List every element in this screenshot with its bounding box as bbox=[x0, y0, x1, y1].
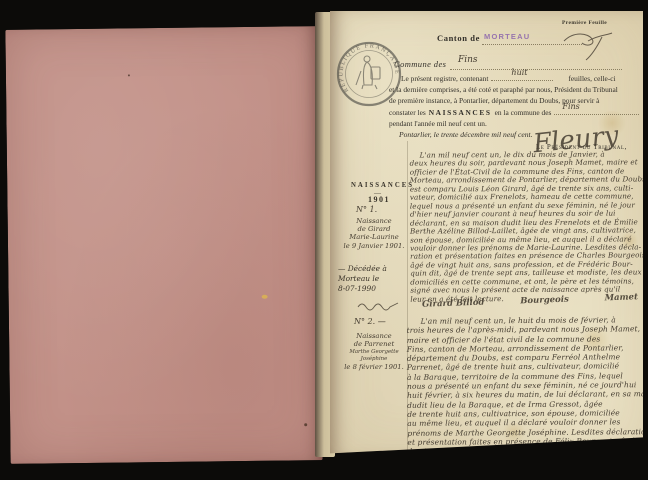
signature-witness: Bourgeois bbox=[520, 295, 569, 307]
act2-number: N° 2. — bbox=[354, 317, 386, 326]
register-page: Première Feuille RÉPUBLIQUE FRANÇAISE Ca… bbox=[330, 11, 643, 457]
preamble-text: Le présent registre, contenant bbox=[389, 74, 488, 85]
handwritten-line: Marie-Laurine bbox=[342, 233, 406, 241]
cover-page-left bbox=[5, 26, 322, 464]
birth-act-1-text: L'an mil neuf cent un, le dix du mois de… bbox=[410, 150, 643, 303]
scanned-register-spread: Première Feuille RÉPUBLIQUE FRANÇAISE Ca… bbox=[0, 0, 648, 480]
signature-father: Girard Billod bbox=[422, 298, 485, 310]
sheets-count-handwritten: huit bbox=[499, 68, 527, 79]
paper-fleck bbox=[304, 423, 307, 426]
preamble-text: feuilles, celle-ci bbox=[556, 74, 615, 85]
preamble-line: Le présent registre, contenant huit feui… bbox=[389, 72, 639, 85]
act2-margin-note: Naissancede ParrenetMarthe Georgette Jos… bbox=[340, 333, 408, 372]
handwritten-line: Morteau le bbox=[338, 274, 408, 284]
blank-field: Fins bbox=[554, 106, 639, 115]
handwritten-line: le 8 février 1901. bbox=[340, 364, 408, 372]
handwritten-line: et présentation faites en présence de Fé… bbox=[407, 436, 643, 447]
margin-register-year: 1901 bbox=[368, 195, 390, 204]
mention-paraph-icon bbox=[356, 297, 400, 313]
sheet-label: Première Feuille bbox=[562, 20, 607, 26]
handwritten-line: de Girard bbox=[342, 225, 406, 233]
preamble-line: et la dernière comprises, a été coté et … bbox=[389, 85, 639, 96]
blank-field: huit bbox=[491, 72, 553, 81]
naissances-printed-title: NAISSANCES bbox=[429, 108, 492, 119]
commune-label: Commune des bbox=[394, 59, 446, 69]
preamble-text: constater les bbox=[389, 108, 426, 119]
handwritten-line: de cinquante sept ans, secrétaire de la … bbox=[407, 445, 643, 456]
marianne-figure-icon bbox=[356, 56, 380, 89]
preamble-line: de première instance, à Pontarlier, dépa… bbox=[389, 96, 639, 107]
handwritten-line: le 9 Janvier 1901. bbox=[342, 242, 406, 250]
act1-number: N° 1. bbox=[356, 205, 377, 214]
act1-death-mention: — Décédée àMorteau le8-07-1990 bbox=[338, 264, 408, 294]
paper-fleck bbox=[128, 74, 130, 76]
handwritten-line: trois heures de l'après-midi, pardevant … bbox=[407, 324, 643, 335]
commune-value-handwritten: Fins bbox=[562, 102, 579, 113]
act1-margin-note: Naissancede GirardMarie-Laurinele 9 Janv… bbox=[342, 217, 406, 250]
handwritten-line: Marthe Georgette Joséphine bbox=[340, 349, 408, 365]
handwritten-line: — Décédée à bbox=[338, 264, 408, 274]
margin-register-label: NAISSANCES bbox=[351, 182, 414, 189]
paper-fleck bbox=[262, 295, 268, 299]
preamble-line: constater les NAISSANCES en la commune d… bbox=[389, 106, 639, 119]
preamble-text: en la commune des bbox=[495, 108, 552, 119]
signature-mayor: Mamet bbox=[605, 292, 639, 303]
handwritten-line: de Parrenet bbox=[340, 341, 408, 349]
handwritten-line: huit février, à six heures du matin, de … bbox=[407, 390, 643, 401]
birth-act-2-text: L'an mil neuf cent un, le huit du mois d… bbox=[407, 315, 644, 456]
canton-stamp: Morteau bbox=[484, 32, 530, 41]
handwritten-line: 8-07-1990 bbox=[338, 284, 408, 294]
canton-label: Canton de bbox=[437, 33, 480, 43]
handwritten-line: Naissance bbox=[342, 217, 406, 225]
commune-value: Fins bbox=[458, 55, 478, 65]
dateline: Pontarlier, le trente décembre mil neuf … bbox=[399, 130, 533, 139]
